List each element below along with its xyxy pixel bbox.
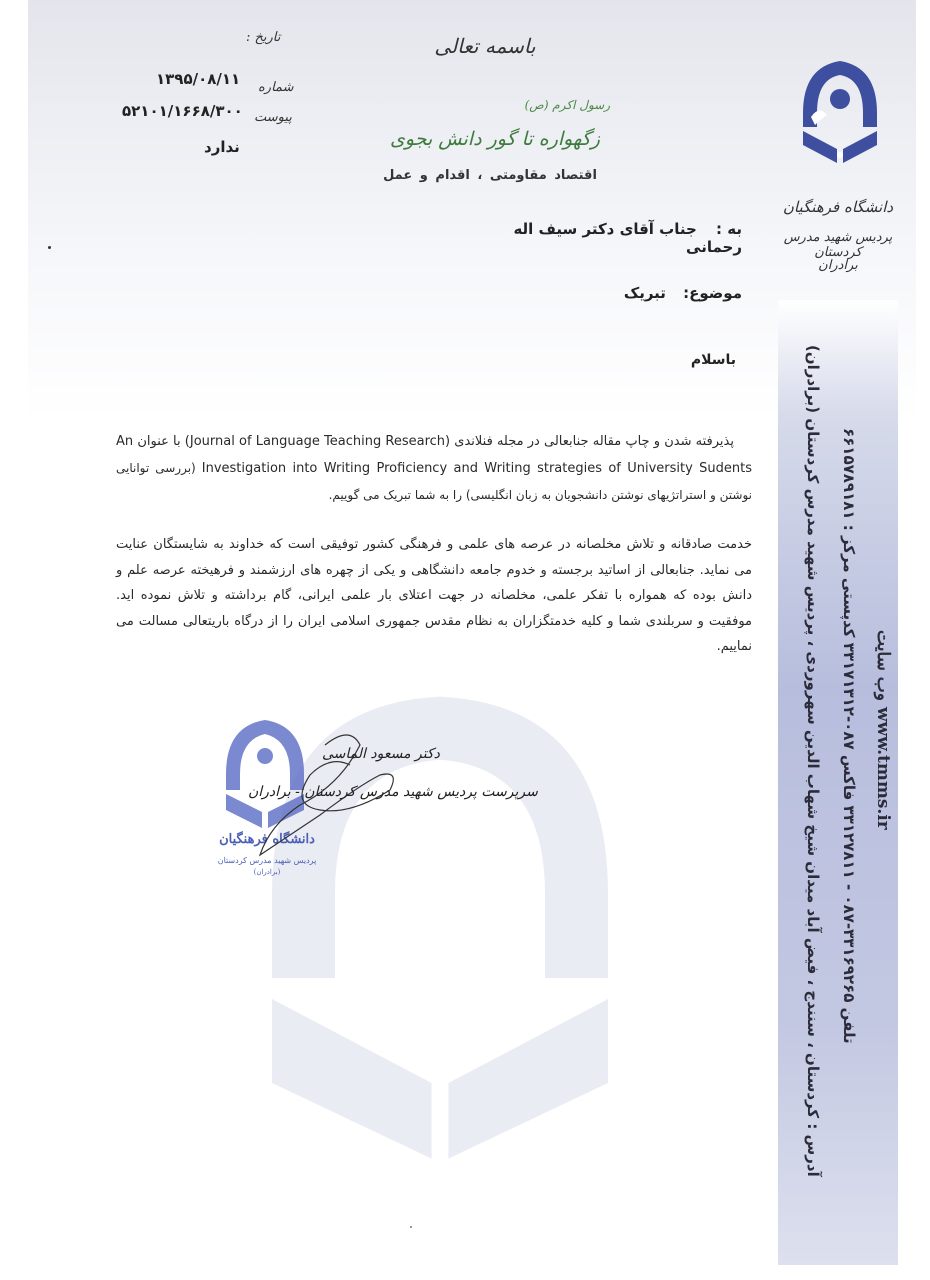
slogan-attribution: رسول اکرم (ص) [490, 98, 610, 112]
number-label: شماره [258, 80, 293, 95]
year-slogan: اقتصاد مقاومتی ، اقدام و عمل [380, 168, 600, 183]
website-label: وب سایت [873, 630, 893, 701]
recipient-label: به : [716, 220, 742, 238]
date-value: ۱۳۹۵/۰۸/۱۱ [156, 70, 240, 88]
logo-campus-name: پردیس شهید مدرس کردستان [778, 230, 898, 260]
scan-speck [410, 1226, 412, 1228]
number-value: ۵۲۱۰۱/۱۶۶۸/۳۰۰ [122, 102, 243, 120]
para1-text-b: ) با عنوان [133, 434, 190, 449]
scan-left-margin [0, 0, 28, 1280]
body-paragraph-2: خدمت صادقانه و تلاش مخلصانه در عرصه های … [116, 532, 752, 660]
university-logo-icon [795, 55, 885, 165]
subject-line: موضوع: تبریک [560, 284, 742, 302]
recipient-line: به : جناب آقای دکتر سیف اله رحمانی [480, 220, 742, 256]
scan-speck [48, 246, 51, 249]
para1-text-a: پذیرفته شدن و چاپ مقاله جنابعالی در مجله… [445, 434, 734, 449]
sidebar-contact-numbers: تلفن ۳۳۱۶۹۲۶۵-۰۸۷ - ۳۳۱۲۷۸۱۱ فاکس ۰۸۷-۳۳… [840, 428, 858, 1044]
sidebar-address: آدرس : کردستان ، سنندج ، فیض آباد میدان … [804, 345, 822, 1177]
letter-meta: تاریخ : ۱۳۹۵/۰۸/۱۱ شماره ۵۲۱۰۱/۱۶۶۸/۳۰۰ … [118, 30, 298, 170]
journal-name: Journal of Language Teaching Research [190, 434, 445, 449]
letter-page: تاریخ : ۱۳۹۵/۰۸/۱۱ شماره ۵۲۱۰۱/۱۶۶۸/۳۰۰ … [0, 0, 930, 1280]
date-label: تاریخ : [246, 30, 280, 45]
website-url[interactable]: www.tmms.ir [873, 707, 893, 830]
logo-university-name: دانشگاه فرهنگیان [778, 198, 898, 216]
bismillah-heading: باسمه تعالی [430, 34, 540, 58]
attachment-value: ندارد [204, 138, 240, 156]
subject-label: موضوع: [683, 284, 742, 302]
stamp-campus-division: (برادران) [212, 868, 322, 876]
logo-campus-division: برادران [778, 258, 898, 273]
subject-value: تبریک [624, 284, 666, 302]
signatory-name: دکتر مسعود الماسی [322, 746, 440, 762]
body-paragraph-1: پذیرفته شدن و چاپ مقاله جنابعالی در مجله… [116, 429, 752, 509]
sidebar-website: وب سایت www.tmms.ir [873, 630, 893, 830]
scan-right-margin [916, 0, 930, 1280]
greeting: باسلام [620, 352, 736, 368]
signatory-title: سرپرست پردیس شهید مدرس کردستان - برادران [248, 784, 538, 800]
attachment-label: پیوست [254, 110, 292, 125]
slogan: زگهواره تا گور دانش بجوی [385, 128, 605, 150]
recipient-name: جناب آقای دکتر سیف اله رحمانی [513, 220, 742, 256]
